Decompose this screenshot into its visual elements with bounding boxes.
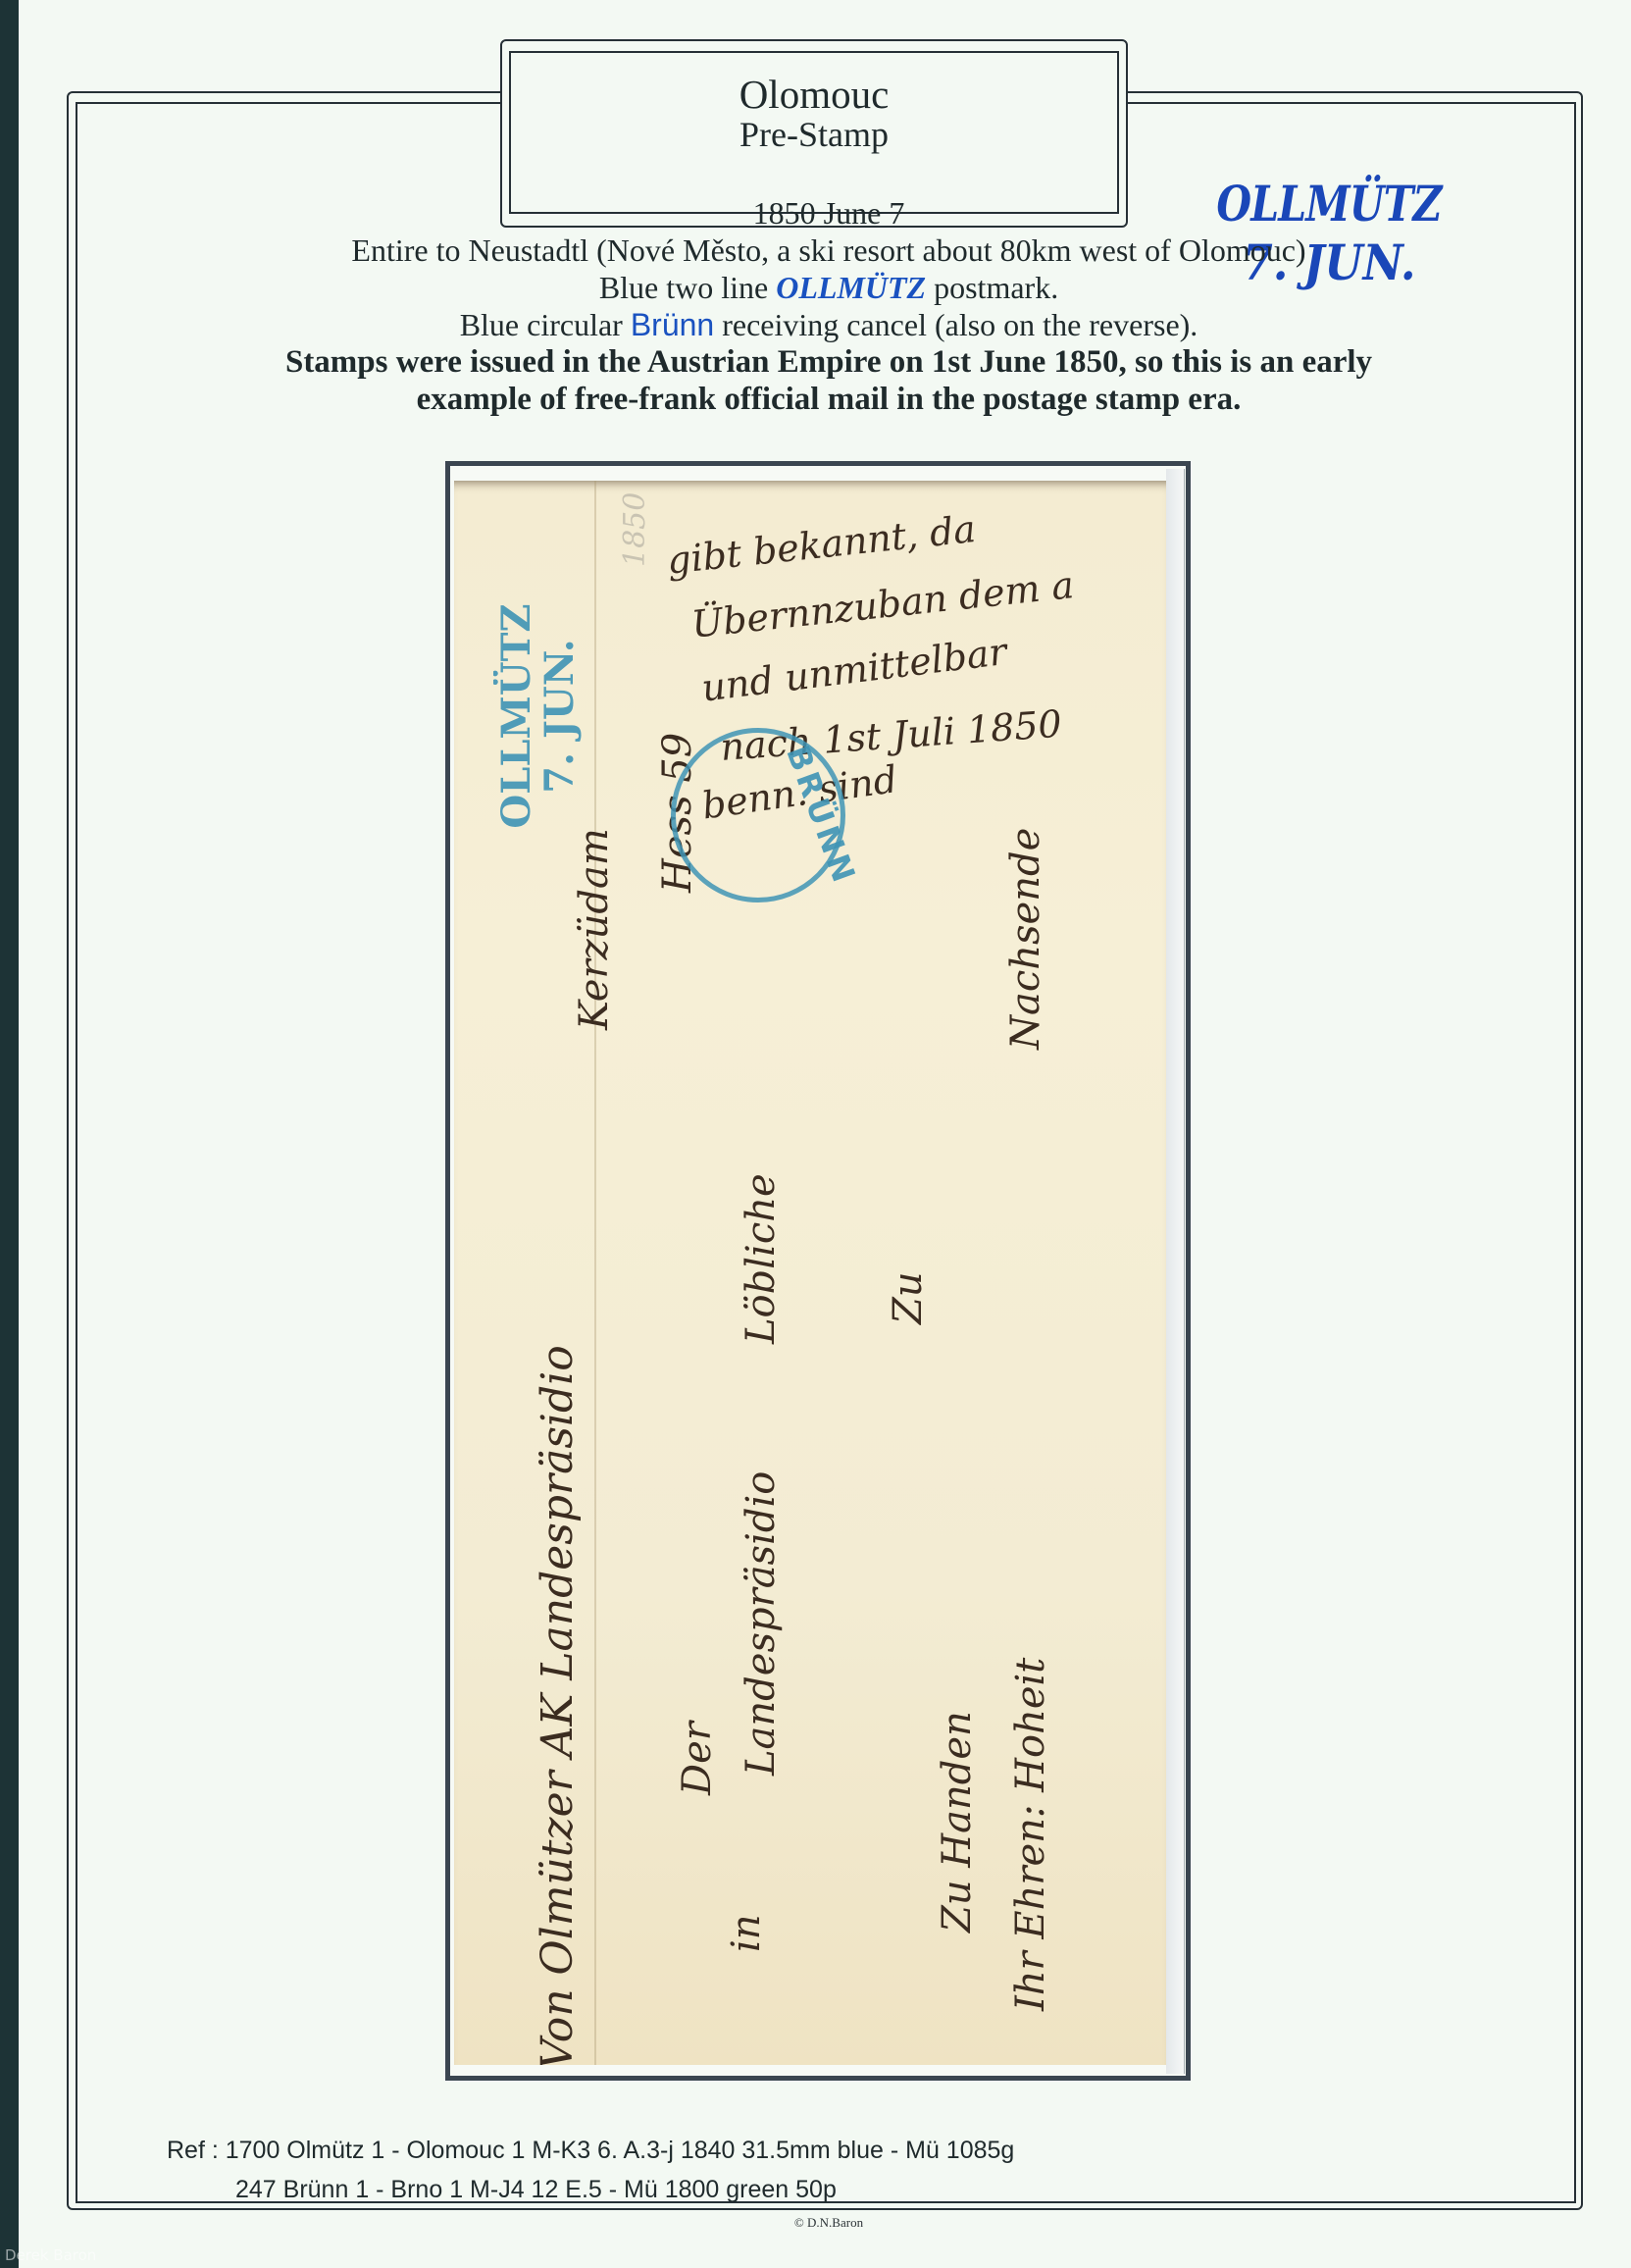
brunn-highlight: Brünn bbox=[631, 307, 714, 342]
text: postmark. bbox=[926, 270, 1058, 305]
page-subtitle: Pre-Stamp bbox=[511, 116, 1117, 153]
handwriting: Ihr Ehren: Hoheit bbox=[1008, 1658, 1053, 2011]
handwriting: Zu bbox=[886, 1271, 931, 1324]
text: Blue circular bbox=[460, 307, 631, 342]
text: receiving cancel (also on the reverse). bbox=[714, 307, 1198, 342]
ollmuetz-postmark: OLLMÜTZ 7. JUN. bbox=[495, 598, 582, 834]
reference-line1: Ref : 1700 Olmütz 1 - Olomouc 1 M-K3 6. … bbox=[167, 2131, 1014, 2170]
handwriting: und unmittelbar bbox=[699, 630, 1009, 710]
ollmuetz-highlight: OLLMÜTZ bbox=[776, 270, 926, 305]
handwriting: Kerzüdam bbox=[572, 828, 617, 1030]
ollmuetz-postmark-line1: OLLMÜTZ bbox=[495, 598, 538, 834]
handwriting: Der bbox=[675, 1722, 720, 1795]
watermark: Derek Baron bbox=[5, 2246, 96, 2264]
handwriting: in bbox=[724, 1914, 769, 1952]
description: 1850 June 7 Entire to Neustadtl (Nové Mě… bbox=[88, 194, 1569, 418]
reference-block: Ref : 1700 Olmütz 1 - Olomouc 1 M-K3 6. … bbox=[167, 2131, 1014, 2209]
reference-line2: 247 Brünn 1 - Brno 1 M-J4 12 E.5 - Mü 18… bbox=[167, 2170, 1014, 2209]
description-cancel: Blue circular Brünn receiving cancel (al… bbox=[88, 306, 1569, 343]
handwriting: Von Olmützer AK Landespräsidio bbox=[533, 1345, 583, 2065]
pencil-note: 1850 bbox=[618, 492, 652, 567]
copyright: © D.N.Baron bbox=[775, 2215, 883, 2231]
text: Blue two line bbox=[599, 270, 776, 305]
description-destination: Entire to Neustadtl (Nové Město, a ski r… bbox=[88, 232, 1569, 269]
description-date: 1850 June 7 bbox=[88, 194, 1569, 232]
title-box: Olomouc Pre-Stamp bbox=[509, 51, 1119, 214]
handwriting: Zu Handen bbox=[935, 1711, 980, 1933]
handwriting: gibt bekannt, da bbox=[665, 507, 978, 583]
handwriting: Übernnzuban dem a bbox=[689, 563, 1076, 646]
handwriting: Löbliche bbox=[739, 1173, 784, 1344]
handwriting: Landespräsidio bbox=[739, 1471, 784, 1776]
mount-acetate-edge bbox=[1166, 469, 1185, 2074]
page-title: Olomouc bbox=[511, 73, 1117, 116]
handwriting: Nachsende bbox=[1003, 828, 1048, 1050]
description-note-line2: example of free-frank official mail in t… bbox=[88, 381, 1569, 418]
description-postmark: Blue two line OLLMÜTZ postmark. bbox=[88, 269, 1569, 306]
fold-line bbox=[594, 481, 596, 2065]
description-note-line1: Stamps were issued in the Austrian Empir… bbox=[88, 343, 1569, 381]
page-edge-strip bbox=[0, 0, 19, 2268]
ollmuetz-postmark-line2: 7. JUN. bbox=[538, 598, 582, 834]
